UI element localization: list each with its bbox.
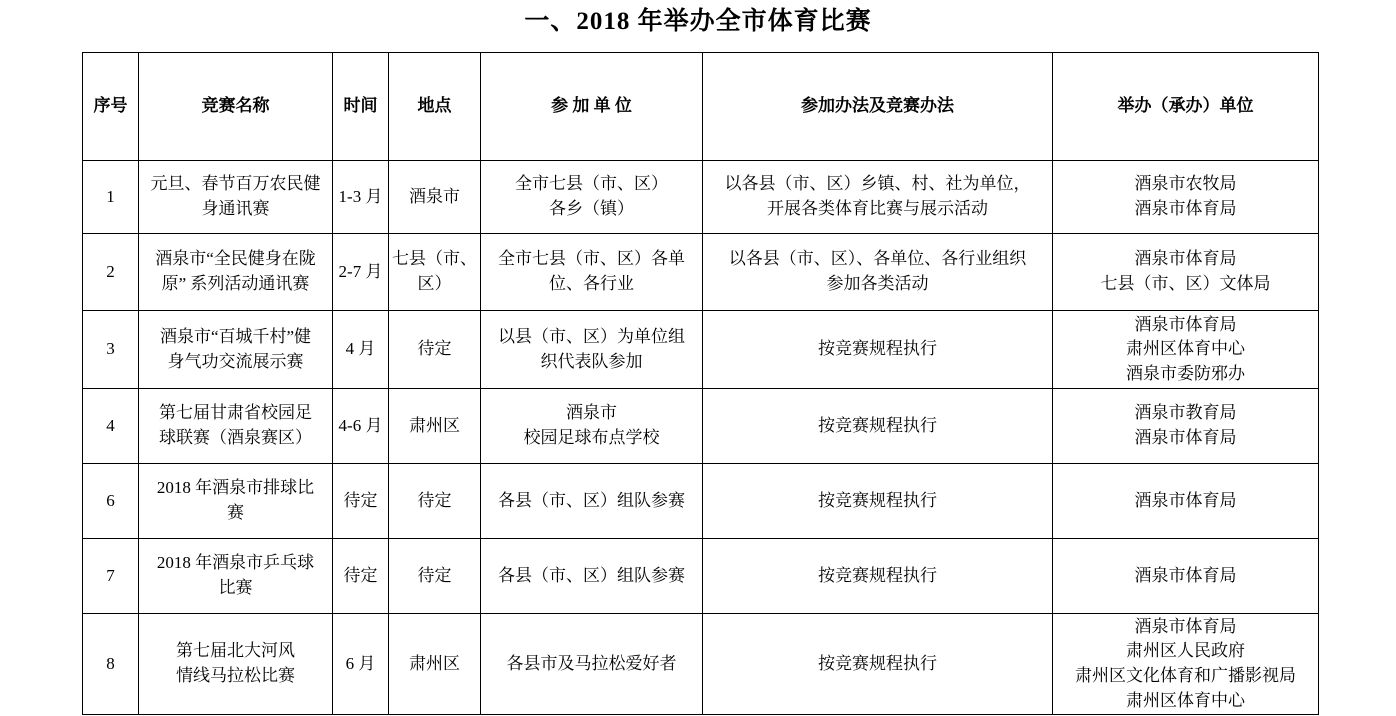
table-row: 1 元旦、春节百万农民健 身通讯赛 1-3 月 酒泉市 全市七县（市、区） 各乡…	[83, 161, 1319, 234]
col-header-time: 时间	[333, 53, 389, 161]
cell-time: 4-6 月	[333, 389, 389, 464]
cell-participants: 全市七县（市、区）各单 位、各行业	[481, 234, 703, 311]
competitions-table: 序号 竞赛名称 时间 地点 参 加 单 位 参加办法及竞赛办法 举办（承办）单位…	[82, 52, 1319, 715]
cell-name: 第七届北大河风 情线马拉松比赛	[139, 614, 333, 715]
table-row: 2 酒泉市“全民健身在陇 原” 系列活动通讯赛 2-7 月 七县（市、 区） 全…	[83, 234, 1319, 311]
table-row: 4 第七届甘肃省校园足 球联赛（酒泉赛区） 4-6 月 肃州区 酒泉市 校园足球…	[83, 389, 1319, 464]
cell-name: 元旦、春节百万农民健 身通讯赛	[139, 161, 333, 234]
col-header-method: 参加办法及竞赛办法	[703, 53, 1053, 161]
cell-place: 酒泉市	[389, 161, 481, 234]
cell-method: 按竞赛规程执行	[703, 539, 1053, 614]
col-header-place: 地点	[389, 53, 481, 161]
cell-name: 2018 年酒泉市乒乓球 比赛	[139, 539, 333, 614]
cell-participants: 各县市及马拉松爱好者	[481, 614, 703, 715]
cell-method: 按竞赛规程执行	[703, 464, 1053, 539]
cell-name: 酒泉市“全民健身在陇 原” 系列活动通讯赛	[139, 234, 333, 311]
col-header-participants: 参 加 单 位	[481, 53, 703, 161]
cell-organizer: 酒泉市体育局 七县（市、区）文体局	[1053, 234, 1319, 311]
table-row: 7 2018 年酒泉市乒乓球 比赛 待定 待定 各县（市、区）组队参赛 按竞赛规…	[83, 539, 1319, 614]
cell-participants: 各县（市、区）组队参赛	[481, 539, 703, 614]
cell-no: 8	[83, 614, 139, 715]
col-header-name: 竞赛名称	[139, 53, 333, 161]
cell-place: 肃州区	[389, 389, 481, 464]
cell-time: 待定	[333, 539, 389, 614]
cell-organizer: 酒泉市教育局 酒泉市体育局	[1053, 389, 1319, 464]
table-row: 3 酒泉市“百城千村”健 身气功交流展示赛 4 月 待定 以县（市、区）为单位组…	[83, 311, 1319, 389]
col-header-organizer: 举办（承办）单位	[1053, 53, 1319, 161]
cell-place: 待定	[389, 539, 481, 614]
cell-no: 3	[83, 311, 139, 389]
cell-organizer: 酒泉市体育局	[1053, 464, 1319, 539]
cell-name: 酒泉市“百城千村”健 身气功交流展示赛	[139, 311, 333, 389]
cell-time: 4 月	[333, 311, 389, 389]
cell-organizer: 酒泉市农牧局 酒泉市体育局	[1053, 161, 1319, 234]
cell-place: 七县（市、 区）	[389, 234, 481, 311]
cell-method: 按竞赛规程执行	[703, 389, 1053, 464]
cell-place: 肃州区	[389, 614, 481, 715]
cell-participants: 各县（市、区）组队参赛	[481, 464, 703, 539]
cell-time: 待定	[333, 464, 389, 539]
table-header-row: 序号 竞赛名称 时间 地点 参 加 单 位 参加办法及竞赛办法 举办（承办）单位	[83, 53, 1319, 161]
cell-organizer: 酒泉市体育局 肃州区人民政府 肃州区文化体育和广播影视局 肃州区体育中心	[1053, 614, 1319, 715]
cell-place: 待定	[389, 464, 481, 539]
cell-time: 2-7 月	[333, 234, 389, 311]
cell-no: 6	[83, 464, 139, 539]
cell-no: 7	[83, 539, 139, 614]
page-title: 一、2018 年举办全市体育比赛	[0, 1, 1396, 37]
cell-method: 以各县（市、区）、各单位、各行业组织 参加各类活动	[703, 234, 1053, 311]
cell-place: 待定	[389, 311, 481, 389]
cell-participants: 以县（市、区）为单位组 织代表队参加	[481, 311, 703, 389]
table-row: 6 2018 年酒泉市排球比 赛 待定 待定 各县（市、区）组队参赛 按竞赛规程…	[83, 464, 1319, 539]
cell-method: 以各县（市、区）乡镇、村、社为单位， 开展各类体育比赛与展示活动	[703, 161, 1053, 234]
cell-participants: 酒泉市 校园足球布点学校	[481, 389, 703, 464]
cell-name: 2018 年酒泉市排球比 赛	[139, 464, 333, 539]
cell-organizer: 酒泉市体育局 肃州区体育中心 酒泉市委防邪办	[1053, 311, 1319, 389]
cell-no: 2	[83, 234, 139, 311]
cell-time: 1-3 月	[333, 161, 389, 234]
cell-name: 第七届甘肃省校园足 球联赛（酒泉赛区）	[139, 389, 333, 464]
cell-no: 1	[83, 161, 139, 234]
cell-organizer: 酒泉市体育局	[1053, 539, 1319, 614]
table-row: 8 第七届北大河风 情线马拉松比赛 6 月 肃州区 各县市及马拉松爱好者 按竞赛…	[83, 614, 1319, 715]
cell-participants: 全市七县（市、区） 各乡（镇）	[481, 161, 703, 234]
cell-method: 按竞赛规程执行	[703, 614, 1053, 715]
cell-no: 4	[83, 389, 139, 464]
cell-time: 6 月	[333, 614, 389, 715]
document-page: 一、2018 年举办全市体育比赛 序号 竞赛名称 时间 地点 参 加 单 位 参…	[0, 0, 1396, 716]
cell-method: 按竞赛规程执行	[703, 311, 1053, 389]
col-header-no: 序号	[83, 53, 139, 161]
